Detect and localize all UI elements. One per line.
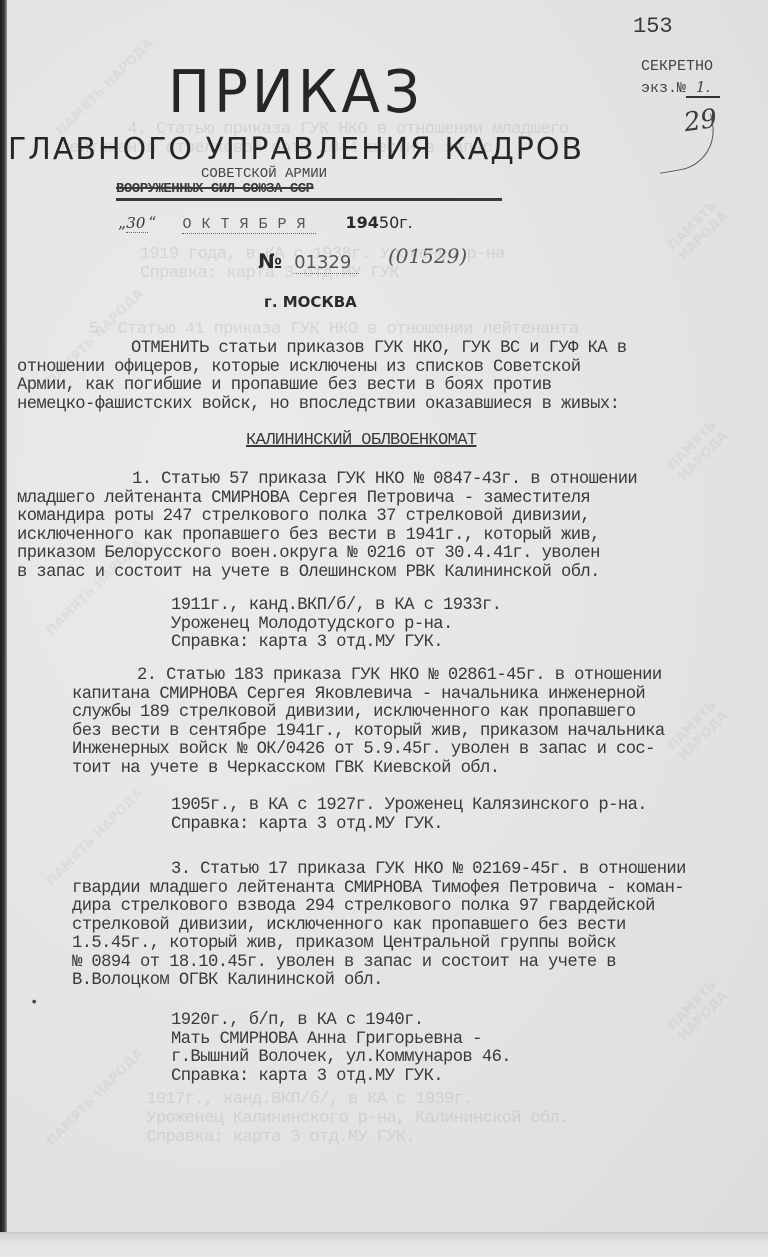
order-item-2: 2. Статью 183 приказа ГУК НКО № 02861-45…: [137, 667, 665, 778]
item-line: приказом Белорусского воен.округа № 0216…: [17, 545, 637, 564]
binding-edge: [0, 0, 7, 1257]
item-3-details: 1920г., б/п, в КА с 1940г.Мать СМИРНОВА …: [171, 1012, 511, 1086]
item-line: исключенного как пропавшего без вести в …: [17, 527, 637, 546]
watermark: ПАМЯТЬ НАРОДА: [665, 666, 763, 764]
date-month: ОКТЯБРЯ: [182, 216, 315, 234]
watermark: ПАМЯТЬ НАРОДА: [665, 386, 763, 484]
document-title: ПРИКАЗ: [168, 58, 424, 126]
secrecy-label: СЕКРЕТНО: [641, 57, 713, 76]
date-year-suffix: г.: [399, 213, 413, 232]
intro-line: ОТМЕНИТЬ статьи приказов ГУК НКО, ГУК ВС…: [131, 340, 626, 359]
copy-number: 1.: [686, 78, 720, 98]
detail-line: 1920г., б/п, в КА с 1940г.: [171, 1012, 511, 1031]
org-name-struck: ВООРУЖЕННЫХ СИЛ СОЮЗА ССР: [116, 181, 314, 197]
item-line: гвардии младшего лейтенанта СМИРНОВА Тим…: [72, 880, 686, 899]
detail-line: Мать СМИРНОВА Анна Григорьевна -: [171, 1031, 511, 1050]
order-number-row: №01329: [258, 249, 359, 273]
sheet-number: 153: [633, 14, 673, 39]
copy-label: экз.№: [641, 80, 686, 97]
watermark: ПАМЯТЬ НАРОДА: [665, 166, 763, 264]
item-line: капитана СМИРНОВА Сергея Яковлевича - на…: [72, 686, 665, 705]
detail-line: г.Вышний Волочек, ул.Коммунаров 46.: [171, 1049, 511, 1068]
detail-line: Уроженец Молодотудского р-на.: [171, 616, 501, 635]
document-subtitle: ГЛАВНОГО УПРАВЛЕНИЯ КАДРОВ: [8, 132, 584, 167]
item-line: В.Волоцком ОГВК Калининской обл.: [72, 972, 686, 991]
item-line: 1. Статью 57 приказа ГУК НКО № 0847-43г.…: [132, 471, 637, 490]
item-line: службы 189 стрелковой дивизии, исключенн…: [72, 704, 665, 723]
city: г. МОСКВА: [264, 293, 357, 311]
item-1-details: 1911г., канд.ВКП/б/, в КА с 1933г.Урожен…: [171, 597, 501, 653]
item-line: 3. Статью 17 приказа ГУК НКО № 02169-45г…: [171, 861, 686, 880]
detail-line: 1905г., в КА с 1927г. Уроженец Калязинск…: [171, 797, 647, 816]
document-page: 4. Статью приказа ГУК НКО в отношении мл…: [0, 0, 768, 1257]
intro-line: немецко-фашистских войск, но впоследстви…: [17, 396, 626, 415]
item-line: в запас и состоит на учете в Олешинском …: [17, 564, 637, 583]
item-line: № 0894 от 18.10.45г. уволен в запас и со…: [72, 954, 686, 973]
handwritten-stroke: [651, 113, 720, 174]
org-name-replacement: СОВЕТСКОЙ АРМИИ: [201, 166, 327, 182]
item-2-details: 1905г., в КА с 1927г. Уроженец Калязинск…: [171, 797, 647, 834]
item-line: Инженерных войск № ОК/0426 от 5.9.45г. у…: [72, 741, 665, 760]
item-line: тоит на учете в Черкасском ГВК Киевской …: [72, 760, 665, 779]
item-line: младшего лейтенанта СМИРНОВА Сергея Петр…: [17, 490, 637, 509]
intro-line: Армии, как погибшие и пропавшие без вест…: [17, 377, 626, 396]
date-year-correction: 50: [379, 213, 399, 232]
intro-paragraph: ОТМЕНИТЬ статьи приказов ГУК НКО, ГУК ВС…: [131, 340, 626, 414]
item-line: без вести в сентябре 1941г., который жив…: [72, 723, 665, 742]
margin-dot-mark: •: [30, 995, 38, 1011]
org-underline: [116, 198, 502, 201]
item-line: 1.5.45г., который жив, приказом Централь…: [72, 935, 686, 954]
section-heading: КАЛИНИНСКИЙ ОБЛВОЕНКОМАТ: [246, 431, 476, 450]
detail-line: Справка: карта 3 отд.МУ ГУК.: [171, 634, 501, 653]
order-item-3: 3. Статью 17 приказа ГУК НКО № 02169-45г…: [171, 861, 686, 991]
item-line: 2. Статью 183 приказа ГУК НКО № 02861-45…: [137, 667, 665, 686]
item-line: дира стрелкового взвода 294 стрелкового …: [72, 898, 686, 917]
detail-line: 1911г., канд.ВКП/б/, в КА с 1933г.: [171, 597, 501, 616]
date-year-prefix: 194: [346, 213, 379, 232]
item-line: командира роты 247 стрелкового полка 37 …: [17, 508, 637, 527]
number-sign: №: [258, 249, 282, 273]
page-bottom-fold: [0, 1232, 768, 1257]
date-close-quote: “: [148, 213, 156, 232]
bleed-through-text: 1917г., канд.ВКП/б/, в КА с 1939г. Уроже…: [60, 1090, 569, 1147]
detail-line: Справка: карта 3 отд.МУ ГУК.: [171, 816, 647, 835]
date-open-quote: „: [118, 213, 126, 232]
order-number: 01329: [294, 252, 359, 274]
intro-line: отношении офицеров, которые исключены из…: [17, 359, 626, 378]
order-number-handwritten: (01529): [388, 244, 467, 268]
detail-line: Справка: карта 3 отд.МУ ГУК.: [171, 1068, 511, 1087]
copy-number-field: экз.№1.: [641, 78, 720, 98]
item-line: стрелковой дивизии, исключенного как про…: [72, 917, 686, 936]
order-item-1: 1. Статью 57 приказа ГУК НКО № 0847-43г.…: [132, 471, 637, 582]
order-date: „30“ОКТЯБРЯ19450г.: [118, 213, 413, 233]
watermark: ПАМЯТЬ НАРОДА: [44, 786, 147, 889]
date-day: 30: [126, 214, 148, 233]
bleed-through-text: 5. Статью 41 приказа ГУК НКО в отношении…: [60, 320, 579, 339]
